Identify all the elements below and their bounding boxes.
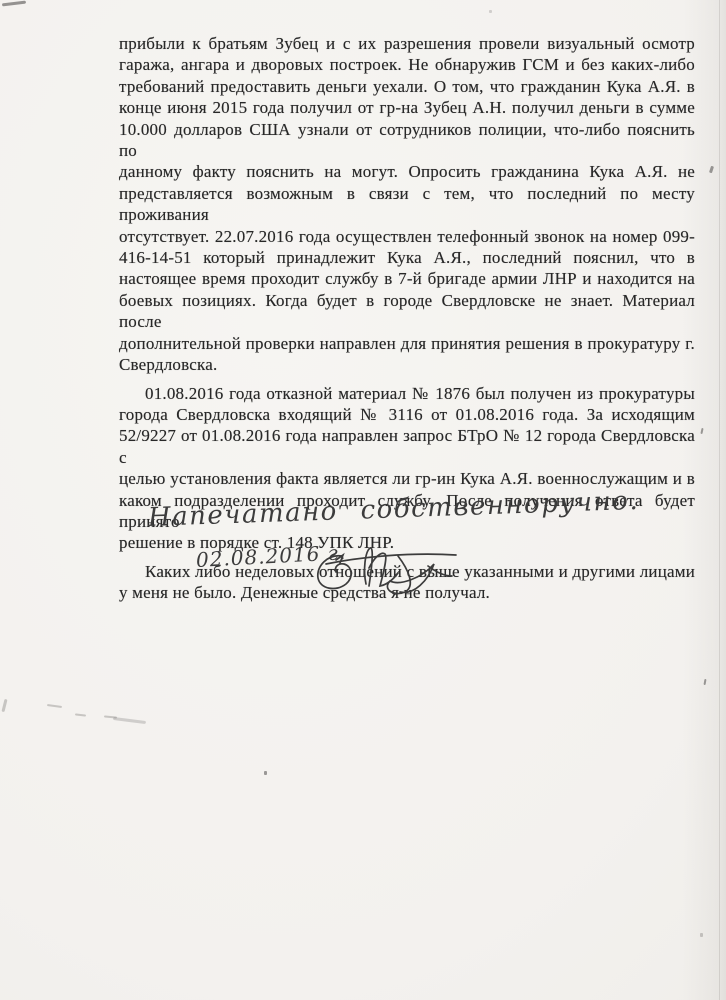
scan-smudge (47, 704, 62, 708)
text-line: города Свердловска входящий № 3116 от 01… (119, 404, 695, 425)
scanned-document-page: прибыли к братьям Зубец и с их разрешени… (0, 0, 726, 1000)
text-line: дополнительной проверки направлен для пр… (119, 333, 695, 354)
scan-speck (700, 933, 703, 937)
scan-speck (264, 771, 267, 775)
text-line: 10.000 долларов США узнали от сотруднико… (119, 119, 695, 162)
scan-speck (489, 10, 492, 13)
scan-smudge (104, 715, 117, 718)
text-line: требований предоставить деньги уехали. О… (119, 76, 695, 97)
text-line: 52/9227 от 01.08.2016 года направлен зап… (119, 425, 695, 468)
scan-speck (703, 679, 706, 685)
text-line: боевых позициях. Когда будет в городе Св… (119, 290, 695, 333)
scan-speck (709, 166, 714, 174)
text-line: 01.08.2016 года отказной материал № 1876… (119, 383, 695, 404)
text-line: настоящее время проходит службу в 7-й бр… (119, 268, 695, 289)
text-line: конце июня 2015 года получил от гр-на Зу… (119, 97, 695, 118)
text-line: гаража, ангара и дворовых построек. Не о… (119, 54, 695, 75)
text-line: отсутствует. 22.07.2016 года осуществлен… (119, 226, 695, 247)
text-line: прибыли к братьям Зубец и с их разрешени… (119, 33, 695, 54)
scan-smudge (113, 717, 146, 724)
paragraph: прибыли к братьям Зубец и с их разрешени… (119, 33, 695, 376)
scan-speck (700, 428, 703, 434)
text-line: данному факту пояснить на могут. Опросит… (119, 161, 695, 182)
scan-smudge (75, 713, 86, 716)
scan-smudge (1, 699, 7, 712)
text-line: Свердловска. (119, 354, 695, 375)
text-line: представляется возможным в связи с тем, … (119, 183, 695, 226)
signature (310, 536, 458, 600)
page-edge-line (719, 0, 720, 1000)
corner-mark (2, 1, 26, 7)
text-line: 416-14-51 который принадлежит Кука А.Я.,… (119, 247, 695, 268)
